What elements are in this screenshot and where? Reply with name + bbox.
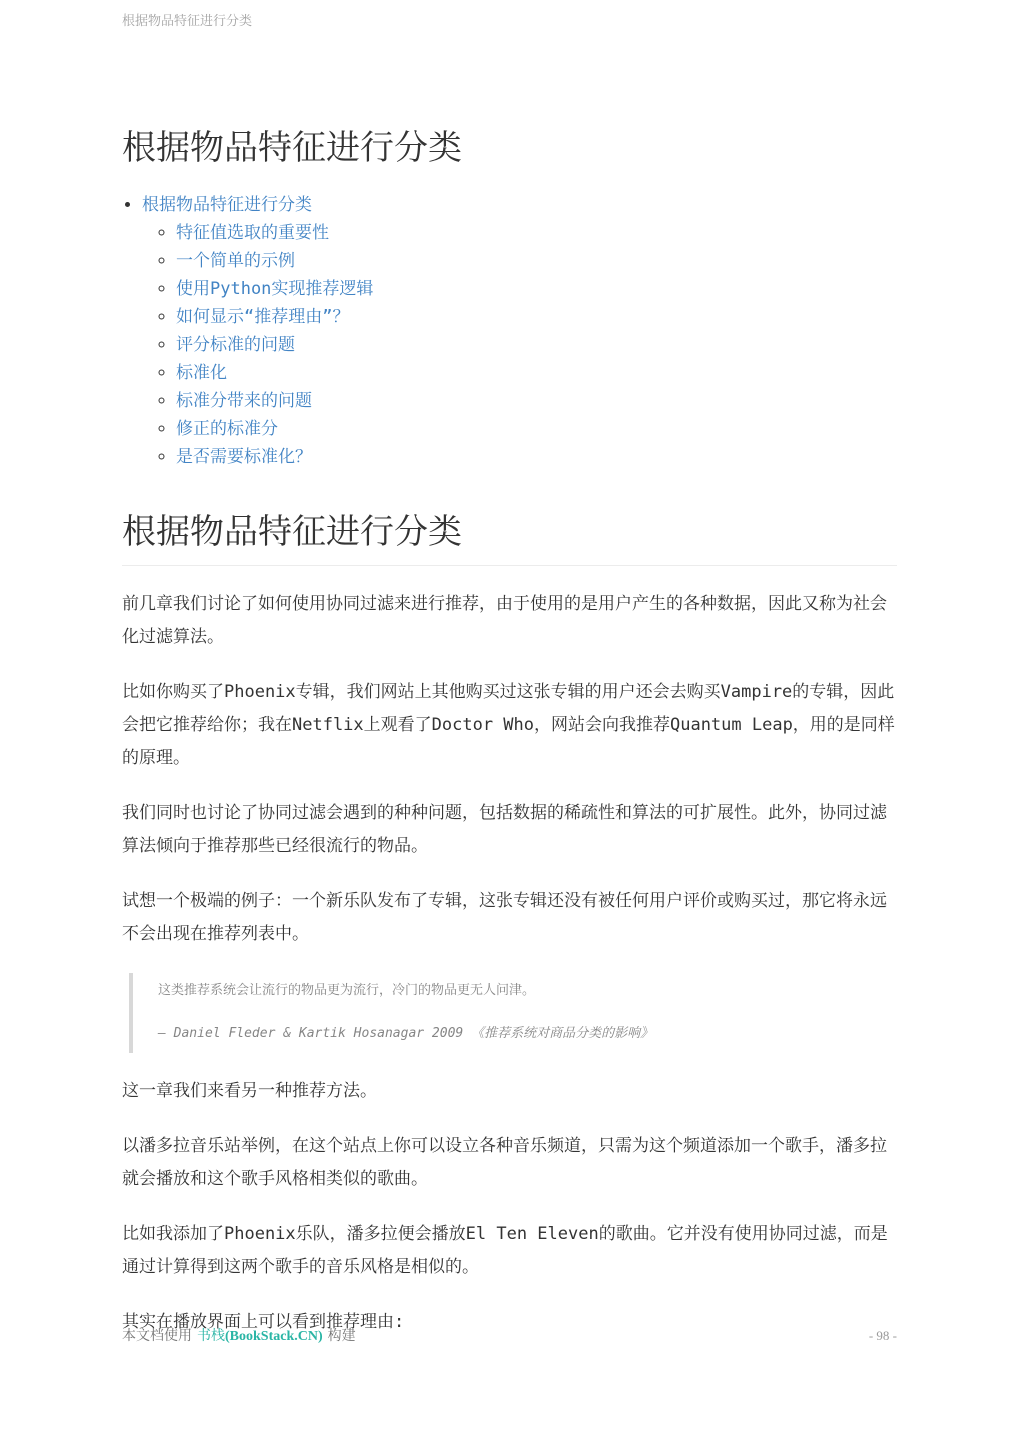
footer-build-note: 本文档使用书栈(BookStack.CN)构建 <box>122 1326 356 1347</box>
toc-sub-item: 如何显示“推荐理由”？ <box>176 303 897 331</box>
toc-root-link[interactable]: 根据物品特征进行分类 <box>142 195 312 215</box>
toc-sub-link[interactable]: 如何显示“推荐理由”？ <box>176 307 349 327</box>
toc-sub-item: 标准分带来的问题 <box>176 387 897 415</box>
toc-list: 根据物品特征进行分类 特征值选取的重要性一个简单的示例使用Python实现推荐逻… <box>122 191 897 471</box>
bookstack-link-en: (BookStack.CN) <box>225 1329 323 1344</box>
blockquote-citation: — Daniel Fleder & Kartik Hosanagar 2009 … <box>158 1024 897 1043</box>
toc-sub-link[interactable]: 评分标准的问题 <box>176 335 295 355</box>
paragraph: 试想一个极端的例子：一个新乐队发布了专辑，这张专辑还没有被任何用户评价或购买过，… <box>122 885 897 951</box>
paragraph: 我们同时也讨论了协同过滤会遇到的种种问题，包括数据的稀疏性和算法的可扩展性。此外… <box>122 797 897 863</box>
bookstack-link[interactable]: 书栈(BookStack.CN) <box>197 1328 323 1344</box>
toc-sub-link[interactable]: 标准化 <box>176 363 227 383</box>
toc-sub-item: 标准化 <box>176 359 897 387</box>
paragraph: 以潘多拉音乐站举例，在这个站点上你可以设立各种音乐频道，只需为这个频道添加一个歌… <box>122 1130 897 1196</box>
paragraph: 前几章我们讨论了如何使用协同过滤来进行推荐，由于使用的是用户产生的各种数据，因此… <box>122 588 897 654</box>
toc-sublist: 特征值选取的重要性一个简单的示例使用Python实现推荐逻辑如何显示“推荐理由”… <box>142 219 897 471</box>
section-heading: 根据物品特征进行分类 <box>122 511 897 566</box>
toc-sub-item: 使用Python实现推荐逻辑 <box>176 275 897 303</box>
toc-sub-link[interactable]: 标准分带来的问题 <box>176 391 312 411</box>
bookstack-link-cn: 书栈 <box>197 1328 225 1344</box>
page-footer: 本文档使用书栈(BookStack.CN)构建 - 98 - <box>122 1326 897 1347</box>
toc-sub-item: 一个简单的示例 <box>176 247 897 275</box>
toc-sub-link[interactable]: 特征值选取的重要性 <box>176 223 329 243</box>
toc-sub-link[interactable]: 使用Python实现推荐逻辑 <box>176 279 373 299</box>
toc-sub-link[interactable]: 是否需要标准化？ <box>176 447 312 467</box>
footer-prefix: 本文档使用 <box>122 1328 192 1344</box>
running-header: 根据物品特征进行分类 <box>122 0 897 31</box>
blockquote: 这类推荐系统会让流行的物品更为流行，冷门的物品更无人问津。 — Daniel F… <box>129 973 897 1053</box>
document-page: 根据物品特征进行分类 根据物品特征进行分类 根据物品特征进行分类 特征值选取的重… <box>0 0 1019 1440</box>
page-title: 根据物品特征进行分类 <box>122 127 897 169</box>
paragraph: 比如我添加了Phoenix乐队，潘多拉便会播放El Ten Eleven的歌曲。… <box>122 1218 897 1284</box>
paragraph: 这一章我们来看另一种推荐方法。 <box>122 1075 897 1108</box>
toc-sub-link[interactable]: 修正的标准分 <box>176 419 278 439</box>
toc-sub-item: 特征值选取的重要性 <box>176 219 897 247</box>
toc-sub-item: 是否需要标准化？ <box>176 443 897 471</box>
section-body-bottom: 这一章我们来看另一种推荐方法。以潘多拉音乐站举例，在这个站点上你可以设立各种音乐… <box>122 1075 897 1339</box>
toc-root-item: 根据物品特征进行分类 特征值选取的重要性一个简单的示例使用Python实现推荐逻… <box>142 191 897 471</box>
page-number: - 98 - <box>869 1326 897 1346</box>
toc-sub-link[interactable]: 一个简单的示例 <box>176 251 295 271</box>
footer-suffix: 构建 <box>328 1328 356 1344</box>
paragraph: 比如你购买了Phoenix专辑，我们网站上其他购买过这张专辑的用户还会去购买Va… <box>122 676 897 775</box>
blockquote-text: 这类推荐系统会让流行的物品更为流行，冷门的物品更无人问津。 <box>158 981 897 1000</box>
toc-sub-item: 评分标准的问题 <box>176 331 897 359</box>
toc-sub-item: 修正的标准分 <box>176 415 897 443</box>
section-body-top: 前几章我们讨论了如何使用协同过滤来进行推荐，由于使用的是用户产生的各种数据，因此… <box>122 588 897 951</box>
